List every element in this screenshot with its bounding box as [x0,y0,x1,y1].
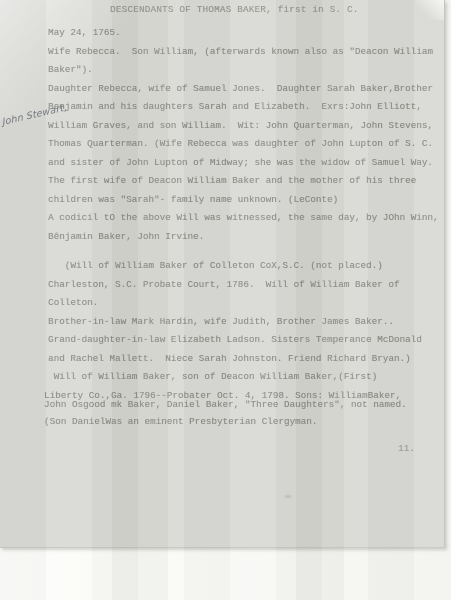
typed-line: William Graves, and son William. Wit: Jo… [48,117,444,136]
typed-line: Charleston, S.C. Probate Court, 1786. Wí… [48,276,444,295]
typed-line: and sister of John Lupton of Midway; she… [48,154,444,173]
typed-body: May 24, 1765. Wife Rebecca. Son William,… [48,24,444,431]
document-title: DESCENDANTS OF THOMAS BAKER, first in S.… [110,4,359,16]
typed-line: Daughter Rebecca, wife of Samuel Jones. … [48,80,444,99]
typed-line: The first wife of Deacon William Baker a… [48,172,444,191]
typed-line: Thomas Quarterman. (Wife Rebecca was dau… [48,135,444,154]
smudge-mark [283,494,293,499]
typed-line: Grand-daughter-in-law Elizabeth Ladson. … [48,331,444,350]
typed-line: Will of William Baker, son of Deacon Wil… [48,368,444,387]
typed-line: children was "Sarah"- family name unknow… [48,191,444,210]
typed-line: (Son DanielWas an eminent Presbyterian C… [44,413,444,432]
typed-line: Baker"). [48,61,444,80]
typed-line: (Will of William Baker of Colleton CoX,S… [48,257,444,276]
typed-line: Colleton. [48,294,444,313]
typed-line: A codicil tO the above Will was witnesse… [48,209,444,228]
paper-corner [416,0,444,20]
typed-line: May 24, 1765. [48,24,444,43]
scanned-page: DESCENDANTS OF THOMAS BAKER, first in S.… [0,0,451,600]
paper-sheet: DESCENDANTS OF THOMAS BAKER, first in S.… [0,0,445,548]
typed-line: Brother-in-law Mark Hardin, wife Judith,… [48,313,444,332]
typed-line: Bênjamin Baker, John Irvine. [48,228,444,247]
typed-line: John Osgood mk Baker, Daniel Baker, "Thr… [44,396,444,415]
page-number: 11. [398,443,415,454]
typed-line: Benjamin and his daughters Sarah and Eli… [48,98,444,117]
typed-line: and Rachel Mallett. Niece Sarah Johnston… [48,350,444,369]
typed-line: Wife Rebecca. Son William, (afterwards k… [48,43,444,62]
